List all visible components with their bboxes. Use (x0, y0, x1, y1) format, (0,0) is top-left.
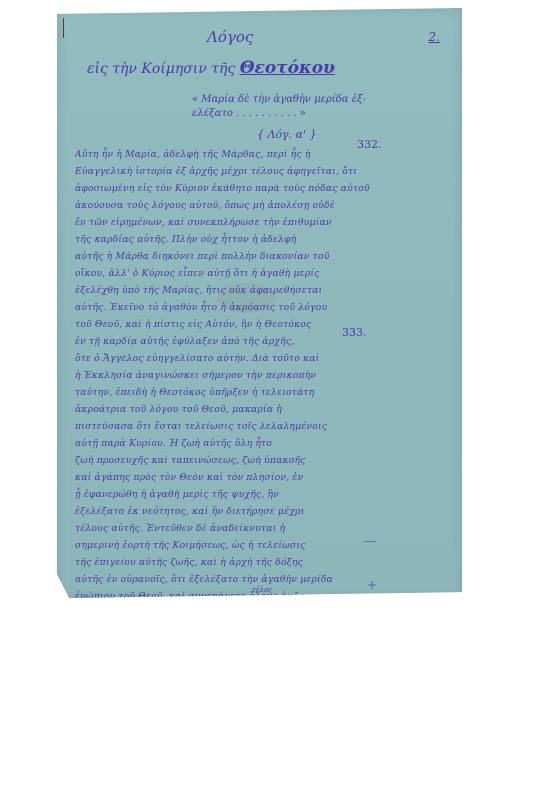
epigraph-line: « Μαρία δὲ τὴν ἀγαθὴν μερίδα ἐξ- (192, 93, 366, 107)
edge-mark (63, 18, 64, 38)
footer-note: τέλος (252, 586, 272, 594)
document-subtitle: εἰς τὴν Κοίμησιν τῆς Θεοτόκου (87, 58, 335, 78)
text-line: ταύτην, ἐπειδὴ ἡ Θεοτόκος ὑπῆρξεν ἡ τελε… (75, 384, 405, 401)
subtitle-emphasis: Θεοτόκου (240, 58, 335, 78)
text-line: ἐκεῖνα δι' ἃ μεριμνῶμεν καὶ τυρβαζόμεθα … (75, 622, 405, 639)
text-line: ζωὴ προσευχῆς καὶ ταπεινώσεως, ζωὴ ὑπακο… (75, 452, 405, 469)
manuscript-body: Αὕτη ἦν ἡ Μαρία, ἀδελφὴ τῆς Μάρθας, περὶ… (75, 146, 405, 690)
text-line: αὐτῆς ἐν οὐρανοῖς, ὅτι ἐξελέξατο τὴν ἀγα… (75, 571, 405, 588)
text-line: ἐνώπιον τοῦ Θεοῦ, καὶ συνεπάγετο ὅλους ἡ… (75, 588, 405, 605)
text-line: αὐτῆς ἡ Μάρθα διηκόνει περὶ πολλὴν διακο… (75, 248, 405, 265)
text-line: τῆς καρδίας αὐτῆς. Πλὴν οὐχ ἧττον ἡ ἀδελ… (75, 231, 405, 248)
chapter-marker: { Λόγ. α' } (257, 128, 317, 141)
document-title: Λόγος (207, 28, 253, 46)
page-number: 2. (429, 30, 440, 44)
text-line: Αὕτη ἦν ἡ Μαρία, ἀδελφὴ τῆς Μάρθας, περὶ… (75, 146, 405, 163)
text-line: ἀφοσιωμένη εἰς τὸν Κύριον ἐκάθητο παρὰ τ… (75, 180, 405, 197)
epigraph-line: ελέξατο . . . . . . . . . . » (192, 107, 366, 121)
text-line: καὶ Θεὸν μόνον ζητήσωμεν ἐν τῇ καρδίᾳ ἡμ… (75, 639, 405, 656)
text-line: καὶ ἀγάπης πρὸς τὸν Θεὸν καὶ τὸν πλησίον… (75, 469, 405, 486)
text-line: ὅτε ὁ Ἄγγελος εὐηγγελίσατο αὐτήν. Διὰ το… (75, 350, 405, 367)
text-line: σημερινὴ ἑορτὴ τῆς Κοιμήσεως, ὡς ἡ τελεί… (75, 537, 405, 554)
text-line: Μαρία μετὰ τὴν Θεοτόκον ἐστὶ καὶ ἡμῶν τὸ (75, 673, 405, 690)
text-line: αὐτῇ παρὰ Κυρίου. Ἡ ζωὴ αὐτῆς ὅλη ἦτο (75, 435, 405, 452)
subtitle-prefix: εἰς τὴν Κοίμησιν τῆς (87, 61, 235, 77)
margin-tick-mark: — (364, 534, 376, 548)
text-line: πιστεύσασα ὅτι ἔσται τελείωσις τοῖς λελα… (75, 418, 405, 435)
manuscript-page: 2. Λόγος εἰς τὴν Κοίμησιν τῆς Θεοτόκου «… (57, 8, 462, 598)
text-line: ἀκούουσα τοὺς λόγους αὐτοῦ, ὅπως μὴ ἀπολ… (75, 197, 405, 214)
text-line: ἐξελέχθη ὑπὸ τῆς Μαρίας, ἥτις οὐκ ἀφαιρε… (75, 282, 405, 299)
text-line: ἡ Ἐκκλησία ἀναγινώσκει σήμερον τὴν περικ… (75, 367, 405, 384)
epigraph: « Μαρία δὲ τὴν ἀγαθὴν μερίδα ἐξ- ελέξατο… (192, 93, 366, 121)
text-line: Εὐαγγελικὴ ἱστορία ἐξ ἀρχῆς μέχρι τέλους… (75, 163, 405, 180)
text-line: ἕν τῶν εἰρημένων, καὶ συνεκπλήρωσε τὴν ἐ… (75, 214, 405, 231)
text-line: ἀφοσιωθῆναι εἰς τὰ οὐράνια, ἀφήνοντες τὰ… (75, 605, 405, 622)
margin-cross-mark: + (367, 578, 377, 592)
text-line: ἐν τῇ καρδίᾳ αὐτῆς ἐφύλαξεν ἀπὸ τῆς ἀρχῆ… (75, 333, 405, 350)
text-line: τῆς ἐπιγείου αὐτῆς ζωῆς, καὶ ἡ ἀρχὴ τῆς … (75, 554, 405, 571)
text-line: ἀπομιμούμενοι τὴν ἀγαθὴν μερίδα — αὐτήν … (75, 656, 405, 673)
text-line: οἴκου, ἀλλ' ὁ Κύριος εἶπεν αὐτῇ ὅτι ἡ ἀγ… (75, 265, 405, 282)
text-line: ἀκροάτρια τοῦ λόγου τοῦ Θεοῦ, μακαρία ἡ (75, 401, 405, 418)
text-line: ᾗ ἐφανερώθη ἡ ἀγαθὴ μερὶς τῆς ψυχῆς, ἣν (75, 486, 405, 503)
text-line: αὐτῆς. Ἐκεῖνο τὸ ἀγαθὸν ἦτο ἡ ἀκρόασις τ… (75, 299, 405, 316)
text-line: τοῦ Θεοῦ, καὶ ἡ πίστις εἰς Αὐτόν, ἣν ἡ Θ… (75, 316, 405, 333)
text-line: τέλους αὐτῆς. Ἐντεῦθεν δὲ ἀναδείκνυται ἡ (75, 520, 405, 537)
text-line: ἐξελέξατο ἐκ νεότητος, καὶ ἣν διετήρησε … (75, 503, 405, 520)
